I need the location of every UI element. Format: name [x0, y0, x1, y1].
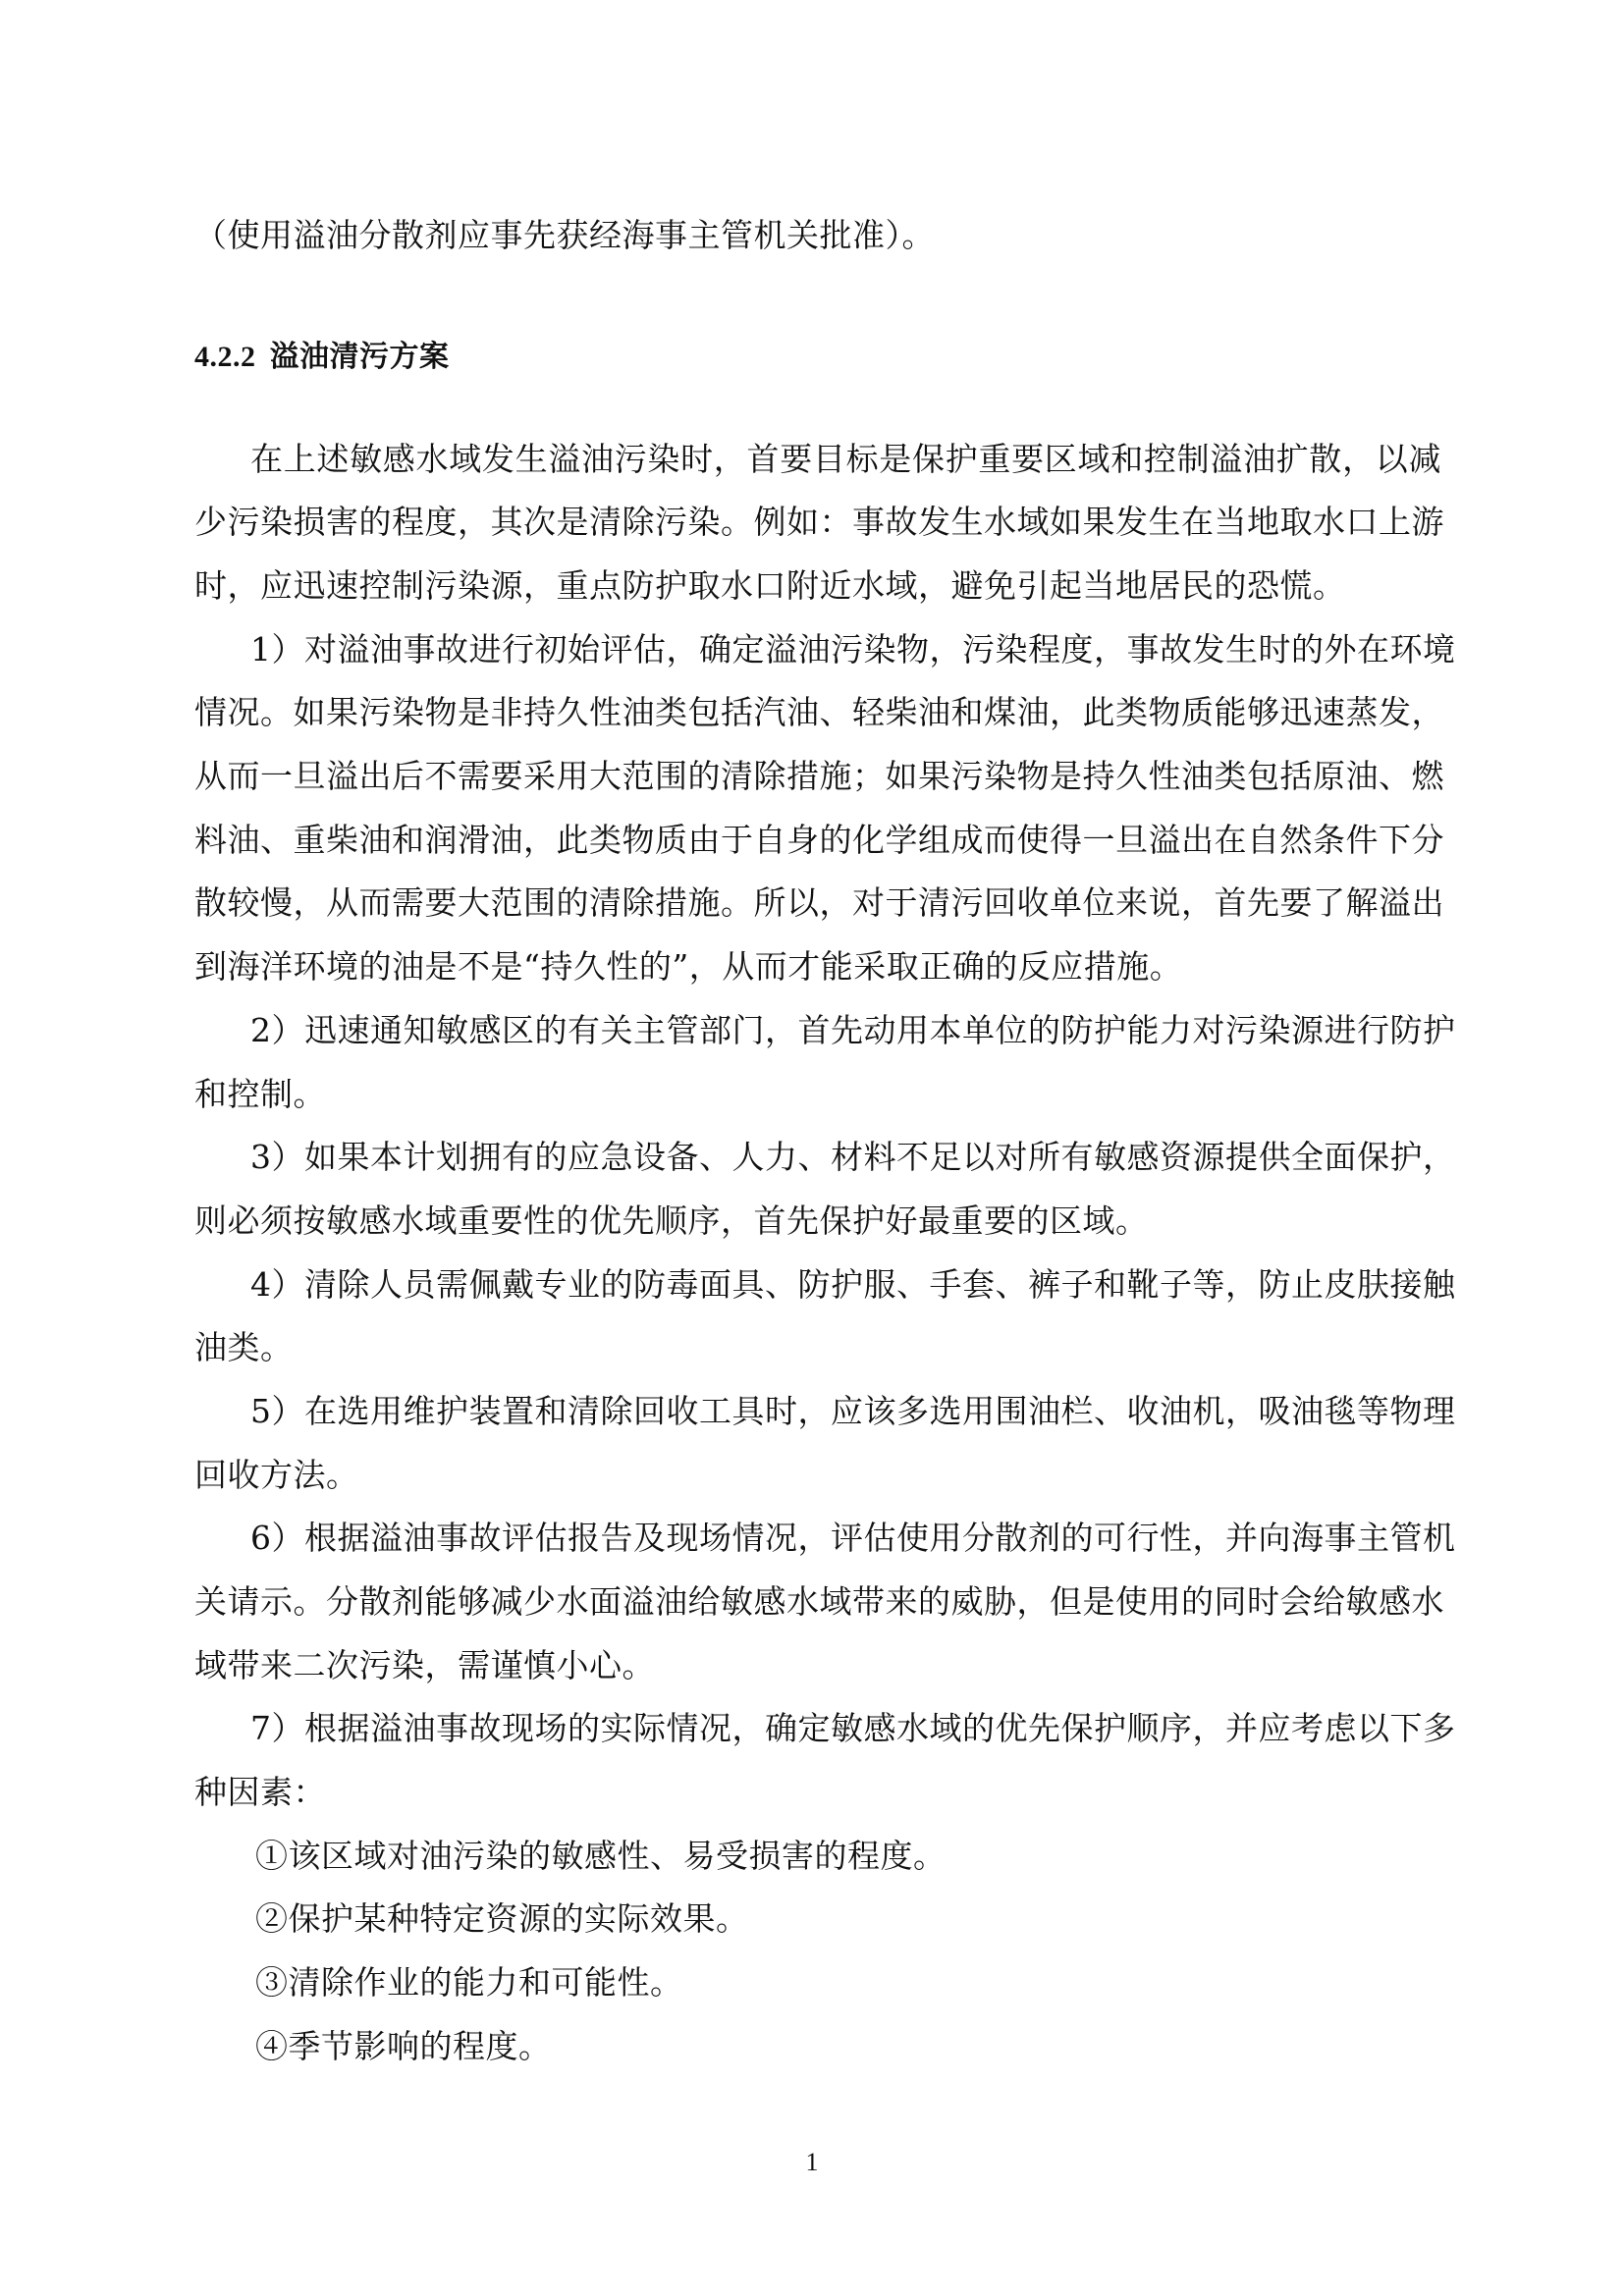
list-item-2-line: 2）迅速通知敏感区的有关主管部门，首先动用本单位的防护能力对污染源进行防护 [250, 1011, 1441, 1050]
paragraph-line: 在上述敏感水域发生溢油污染时，首要目标是保护重要区域和控制溢油扩散，以减 [250, 440, 1441, 479]
document-page: （使用溢油分散剂应事先获经海事主管机关批准）。 4.2.2溢油清污方案 在上述敏… [0, 0, 1624, 2296]
paragraph-line: 种因素： [194, 1773, 1441, 1812]
sub-item-4: ④季节影响的程度。 [255, 2027, 1502, 2066]
paragraph-line: 和控制。 [194, 1075, 1441, 1114]
sub-item-3: ③清除作业的能力和可能性。 [255, 1963, 1502, 2002]
paragraph-line: 关请示。分散剂能够减少水面溢油给敏感水域带来的威胁，但是使用的同时会给敏感水 [194, 1582, 1441, 1622]
list-item-1-line: 1）对溢油事故进行初始评估，确定溢油污染物，污染程度，事故发生时的外在环境 [250, 630, 1441, 669]
sub-item-1: ①该区域对油污染的敏感性、易受损害的程度。 [255, 1837, 1502, 1876]
list-item-4-line: 4）清除人员需佩戴专业的防毒面具、防护服、手套、裤子和靴子等，防止皮肤接触 [250, 1265, 1441, 1305]
paragraph-line: 回收方法。 [194, 1456, 1441, 1495]
section-number: 4.2.2 [194, 341, 256, 373]
paragraph-line: 从而一旦溢出后不需要采用大范围的清除措施；如果污染物是持久性油类包括原油、燃 [194, 757, 1441, 796]
paragraph-line: 料油、重柴油和润滑油，此类物质由于自身的化学组成而使得一旦溢出在自然条件下分 [194, 821, 1441, 860]
paragraph-line: 油类。 [194, 1328, 1441, 1367]
paragraph-line: 散较慢，从而需要大范围的清除措施。所以，对于清污回收单位来说，首先要了解溢出 [194, 883, 1441, 923]
list-item-6-line: 6）根据溢油事故评估报告及现场情况，评估使用分散剂的可行性，并向海事主管机 [250, 1519, 1441, 1558]
paragraph-line: 少污染损害的程度，其次是清除污染。例如：事故发生水域如果发生在当地取水口上游 [194, 503, 1441, 542]
paragraph-line: （使用溢油分散剂应事先获经海事主管机关批准）。 [194, 216, 1441, 255]
page-number: 1 [0, 2148, 1624, 2177]
paragraph-line: 则必须按敏感水域重要性的优先顺序，首先保护好最重要的区域。 [194, 1201, 1441, 1241]
paragraph-line: 时，应迅速控制污染源，重点防护取水口附近水域，避免引起当地居民的恐慌。 [194, 566, 1441, 606]
paragraph-line: 到海洋环境的油是不是“持久性的”，从而才能采取正确的反应措施。 [194, 947, 1441, 987]
sub-item-2: ②保护某种特定资源的实际效果。 [255, 1899, 1502, 1939]
section-heading: 4.2.2溢油清污方案 [194, 338, 1441, 377]
section-title: 溢油清污方案 [270, 341, 450, 373]
paragraph-line: 域带来二次污染，需谨慎小心。 [194, 1646, 1441, 1685]
list-item-3-line: 3）如果本计划拥有的应急设备、人力、材料不足以对所有敏感资源提供全面保护， [250, 1138, 1441, 1177]
list-item-7-line: 7）根据溢油事故现场的实际情况，确定敏感水域的优先保护顺序，并应考虑以下多 [250, 1709, 1441, 1748]
list-item-5-line: 5）在选用维护装置和清除回收工具时，应该多选用围油栏、收油机，吸油毯等物理 [250, 1392, 1441, 1431]
paragraph-line: 情况。如果污染物是非持久性油类包括汽油、轻柴油和煤油，此类物质能够迅速蒸发， [194, 693, 1441, 732]
